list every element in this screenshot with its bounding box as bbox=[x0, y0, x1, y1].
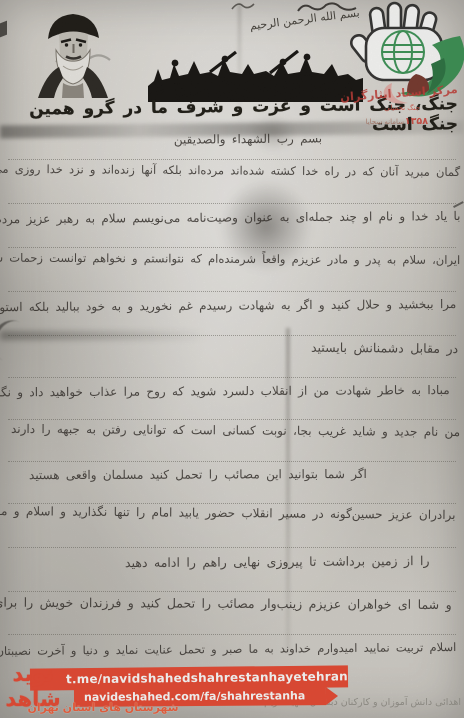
handwritten-line: در مقابل دشمنانش بایستید bbox=[311, 340, 458, 356]
handwritten-line: بسم رب الشهداء والصدیقین bbox=[128, 131, 368, 147]
rule-line bbox=[8, 461, 456, 462]
rule-line bbox=[8, 419, 456, 420]
khomeini-portrait-image bbox=[26, 4, 120, 98]
handwritten-line: من نام جدید و شاید غریب بجا، نوبت کسانی … bbox=[11, 422, 460, 439]
handwritten-line: مرا ببخشید و حلال کنید و اگر به شهادت رس… bbox=[0, 297, 456, 315]
stamp-year: ۱۳۵۸ bbox=[405, 116, 428, 127]
handwritten-line: با یاد خدا و نام او چند جمله‌ای به عنوان… bbox=[0, 209, 460, 227]
handwritten-line: و شما ای خواهران عزیزم زینب‌وار مصائب را… bbox=[0, 594, 452, 612]
stamp-war-tag: جنگ تحمیلی bbox=[384, 104, 420, 112]
region-label: شهرستان های استان تهران bbox=[22, 701, 184, 714]
rule-line bbox=[8, 547, 456, 548]
scanned-will-document: بسم الله الرحمن الرحیم bbox=[0, 0, 464, 718]
rule-line bbox=[8, 591, 456, 592]
handwritten-line: مبادا به خاطر شهادت من از انقلاب دلسرد ش… bbox=[0, 383, 450, 400]
crowd-silhouette-image bbox=[148, 50, 363, 102]
rule-line bbox=[8, 159, 456, 160]
ink-scribble-small bbox=[230, 0, 256, 12]
handwritten-line: ایران، سلام به پدر و مادر عزیزم واقعاً ش… bbox=[0, 250, 460, 267]
handwritten-line: اسلام تربیت نمایید امیدوارم خداوند به ما… bbox=[0, 640, 456, 658]
rule-line bbox=[8, 291, 456, 292]
horizontal-crease bbox=[0, 331, 210, 340]
handwritten-line: اگر شما بتوانید این مصائب را تحمل کنید م… bbox=[29, 467, 367, 482]
edge-ink-mark bbox=[0, 21, 7, 38]
rule-line bbox=[8, 634, 456, 635]
edge-ink-mark bbox=[449, 194, 463, 208]
handwritten-line: گمان مبرید آنان که در راه خدا کشته شده‌ا… bbox=[0, 162, 460, 179]
handwritten-line: را از زمین برداشت تا پیروزی نهایی راهم ر… bbox=[125, 553, 430, 570]
stamp-system-text: سامانه سجایا bbox=[366, 118, 404, 126]
page-curl-mark bbox=[0, 314, 37, 368]
handwritten-line: برادران عزیز حسین‌گونه در مسیر انقلاب حض… bbox=[0, 504, 456, 522]
rule-line bbox=[8, 377, 456, 378]
